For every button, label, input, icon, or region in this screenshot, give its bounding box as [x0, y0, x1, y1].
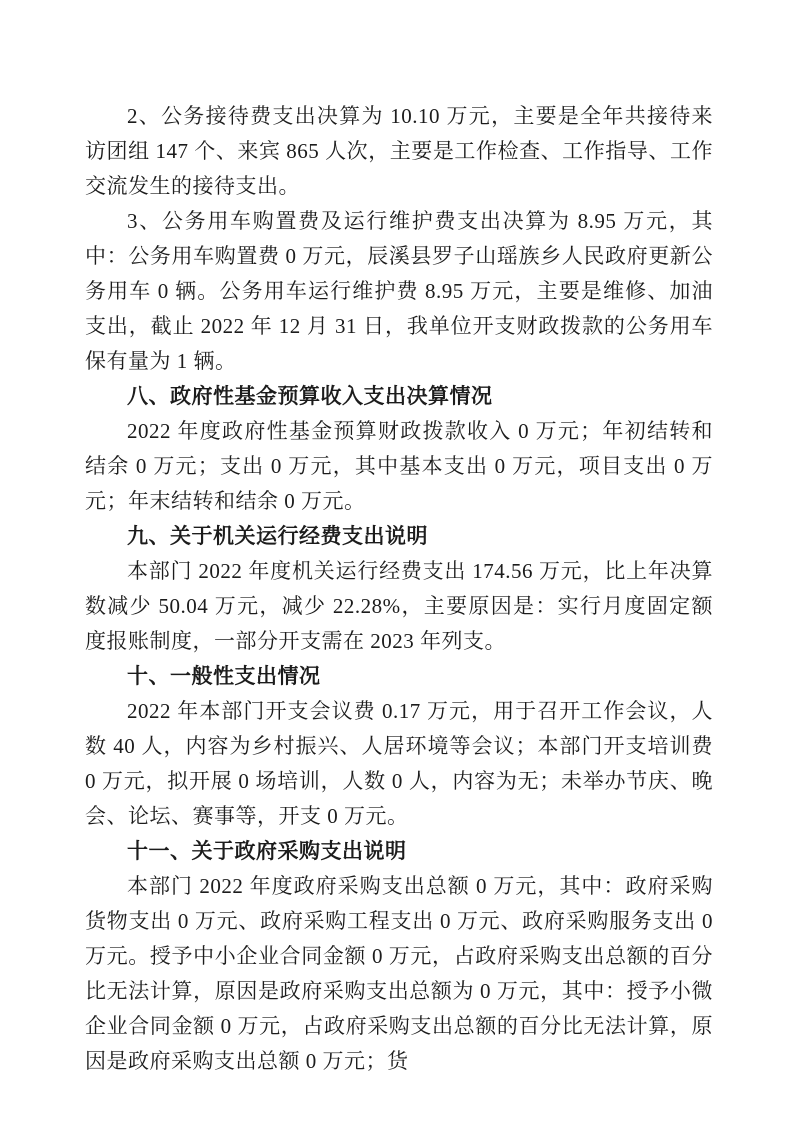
- heading-section-11-government-procurement: 十一、关于政府采购支出说明: [85, 834, 713, 869]
- paragraph-government-fund-budget-detail: 2022 年度政府性基金预算财政拨款收入 0 万元；年初结转和结余 0 万元；支…: [85, 414, 713, 519]
- paragraph-official-vehicle-expense: 3、公务用车购置费及运行维护费支出决算为 8.95 万元，其中：公务用车购置费 …: [85, 204, 713, 379]
- paragraph-official-reception-expense: 2、公务接待费支出决算为 10.10 万元，主要是全年共接待来访团组 147 个…: [85, 99, 713, 204]
- document-page: 2、公务接待费支出决算为 10.10 万元，主要是全年共接待来访团组 147 个…: [0, 0, 793, 1122]
- paragraph-government-procurement-detail: 本部门 2022 年度政府采购支出总额 0 万元，其中：政府采购货物支出 0 万…: [85, 869, 713, 1079]
- paragraph-operating-expense-detail: 本部门 2022 年度机关运行经费支出 174.56 万元，比上年决算数减少 5…: [85, 554, 713, 659]
- heading-section-9-operating-expense: 九、关于机关运行经费支出说明: [85, 519, 713, 554]
- document-content: 2、公务接待费支出决算为 10.10 万元，主要是全年共接待来访团组 147 个…: [85, 99, 713, 1079]
- heading-section-8-government-fund-budget: 八、政府性基金预算收入支出决算情况: [85, 379, 713, 414]
- paragraph-general-expense-detail: 2022 年本部门开支会议费 0.17 万元，用于召开工作会议，人数 40 人，…: [85, 694, 713, 834]
- heading-section-10-general-expense: 十、一般性支出情况: [85, 659, 713, 694]
